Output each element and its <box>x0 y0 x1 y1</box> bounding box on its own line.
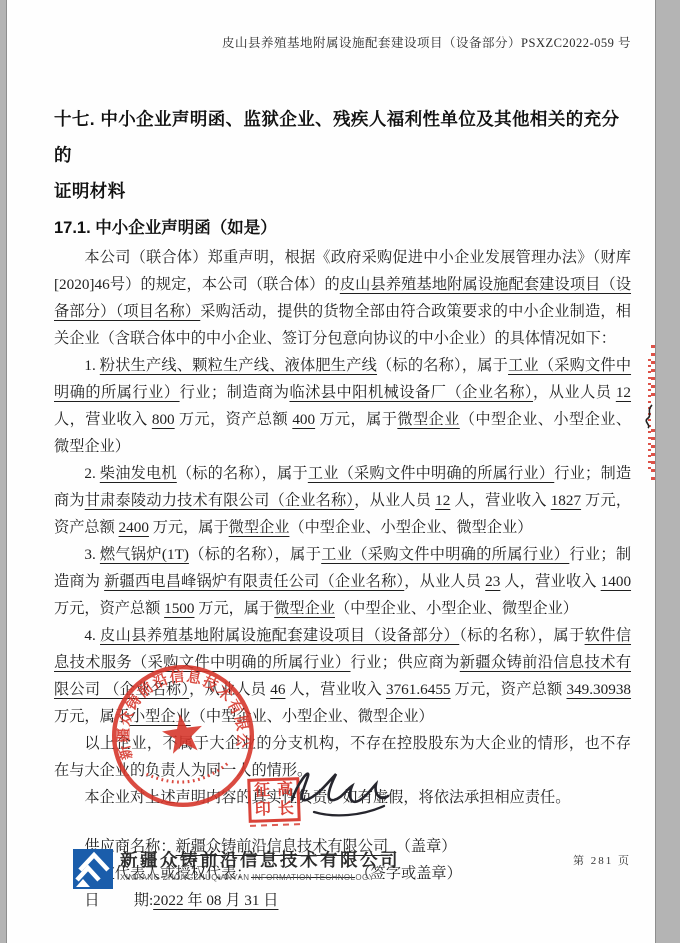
header-project-reference: 皮山县养殖基地附属设施配套建设项目（设备部分）PSXZC2022-059 号 <box>54 33 631 51</box>
edge-stamp-mark <box>651 345 655 397</box>
no-large-enterprise-paragraph: 以上企业，不属于大企业的分支机构，不存在控股股东为大企业的情形，也不存在与大企业… <box>54 730 631 784</box>
list-item-3: 3. 燃气锅炉(1T)（标的名称），属于工业（采购文件中明确的所属行业）行业；制… <box>54 541 631 622</box>
square-stamp-serial-mark <box>250 823 300 827</box>
footer-company-cn: 新疆众铸前沿信息技术有限公司 <box>120 848 400 872</box>
responsibility-paragraph: 本企业对上述声明内容的真实性负责。如有虚假，将依法承担相应责任。 <box>54 784 631 811</box>
square-stamp-char: 高 <box>277 781 294 800</box>
document-title: 十七. 中小企业声明函、监狱企业、残疾人福利性单位及其他相关的充分的 证明材料 <box>54 101 631 209</box>
edge-stamp-mark <box>648 359 651 469</box>
edge-stamp-fragment <box>646 345 655 483</box>
footer-company-en: XINJIANG ZHONGZHUQIANYAN INFORMATION TEC… <box>120 872 400 883</box>
list-item-2: 2. 柴油发电机（标的名称），属于工业（采购文件中明确的所属行业）行业；制造商为… <box>54 460 631 541</box>
company-logo-icon <box>73 849 113 889</box>
list-item-4: 4. 皮山县养殖基地附属设施配套建设项目（设备部分）（标的名称），属于软件信息技… <box>54 622 631 730</box>
page-number: 第 281 页 <box>573 852 631 868</box>
edge-stamp-mark <box>651 429 655 483</box>
footer: 新疆众铸前沿信息技术有限公司 XINJIANG ZHONGZHUQIANYAN … <box>54 848 633 900</box>
declaration-body: 本公司（联合体）郑重声明，根据《政府采购促进中小企业发展管理办法》（财库[202… <box>54 244 631 811</box>
square-stamp-char: 印 <box>255 801 272 820</box>
edge-ink-mark <box>644 403 654 429</box>
square-stamp-char: 征 <box>254 782 271 801</box>
list-item-1: 1. 粉状生产线、颗粒生产线、液体肥生产线（标的名称），属于工业（采购文件中明确… <box>54 352 631 460</box>
name-square-stamp: 征 高 印 长 <box>247 777 301 823</box>
section-title: 17.1. 中小企业声明函（如是） <box>54 215 631 241</box>
document-page: 皮山县养殖基地附属设施配套建设项目（设备部分）PSXZC2022-059 号 十… <box>6 0 656 943</box>
square-stamp-char: 长 <box>277 800 294 819</box>
footer-company: 新疆众铸前沿信息技术有限公司 XINJIANG ZHONGZHUQIANYAN … <box>120 848 400 883</box>
declaration-paragraph: 本公司（联合体）郑重声明，根据《政府采购促进中小企业发展管理办法》（财库[202… <box>54 244 631 352</box>
